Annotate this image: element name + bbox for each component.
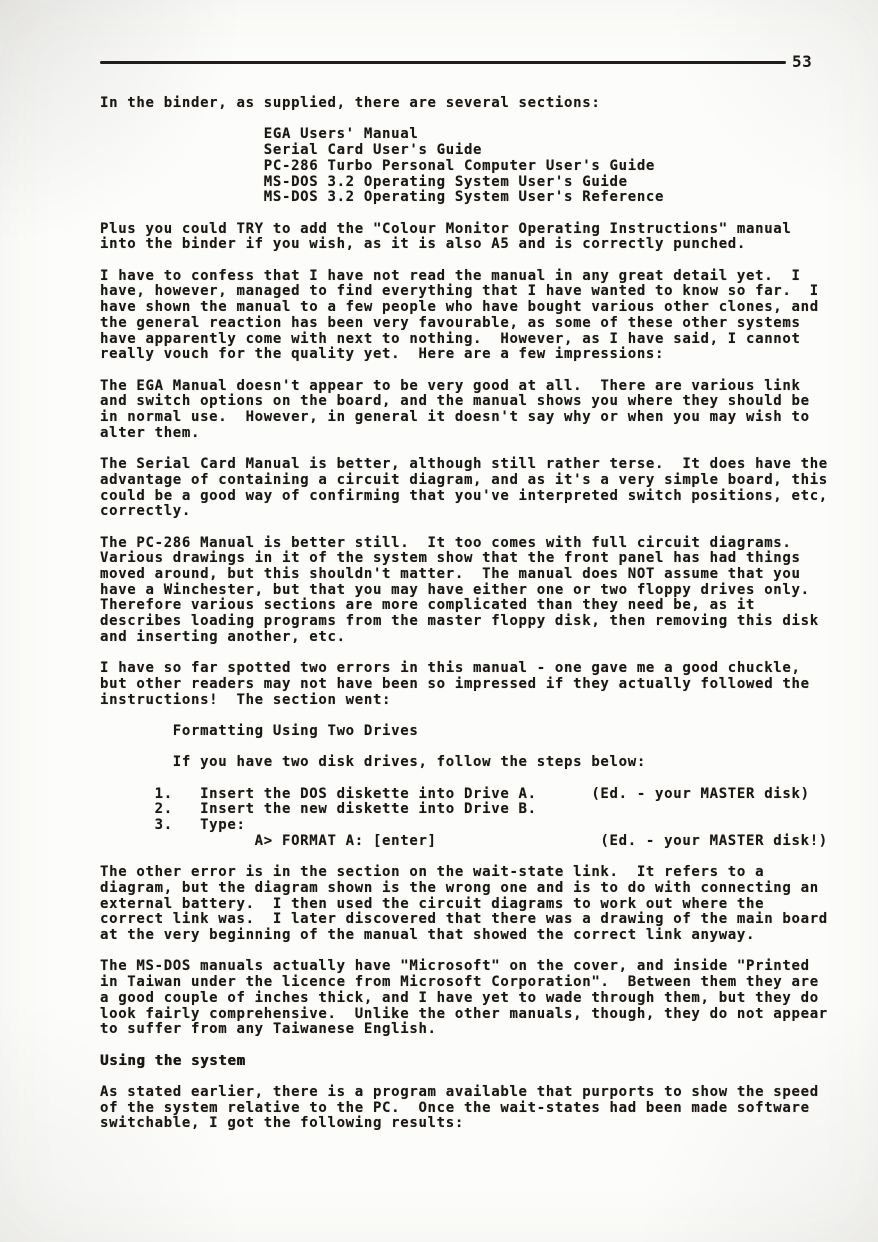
page-number: 53: [792, 52, 812, 71]
wait-state-error: The other error is in the section on the…: [100, 865, 862, 944]
using-the-system-heading: Using the system: [100, 1054, 862, 1070]
colour-monitor-note: Plus you could TRY to add the "Colour Mo…: [100, 222, 862, 253]
intro-line: In the binder, as supplied, there are se…: [100, 96, 862, 112]
formatting-subheading: Formatting Using Two Drives: [100, 724, 862, 740]
serial-card-manual-review: The Serial Card Manual is better, althou…: [100, 457, 862, 520]
first-impressions: I have to confess that I have not read t…: [100, 269, 862, 363]
manual-errors-intro: I have so far spotted two errors in this…: [100, 661, 862, 708]
formatting-steps: 1. Insert the DOS diskette into Drive A.…: [100, 787, 862, 850]
speed-test-intro: As stated earlier, there is a program av…: [100, 1085, 862, 1132]
pc286-manual-review: The PC-286 Manual is better still. It to…: [100, 536, 862, 646]
two-drives-instruction: If you have two disk drives, follow the …: [100, 755, 862, 771]
msdos-manuals-review: The MS-DOS manuals actually have "Micros…: [100, 959, 862, 1038]
document-body: In the binder, as supplied, there are se…: [100, 96, 862, 1148]
header-rule: [100, 61, 786, 64]
binder-sections-list: EGA Users' Manual Serial Card User's Gui…: [100, 127, 862, 206]
ega-manual-review: The EGA Manual doesn't appear to be very…: [100, 379, 862, 442]
scanned-page: 53 In the binder, as supplied, there are…: [0, 0, 878, 1242]
